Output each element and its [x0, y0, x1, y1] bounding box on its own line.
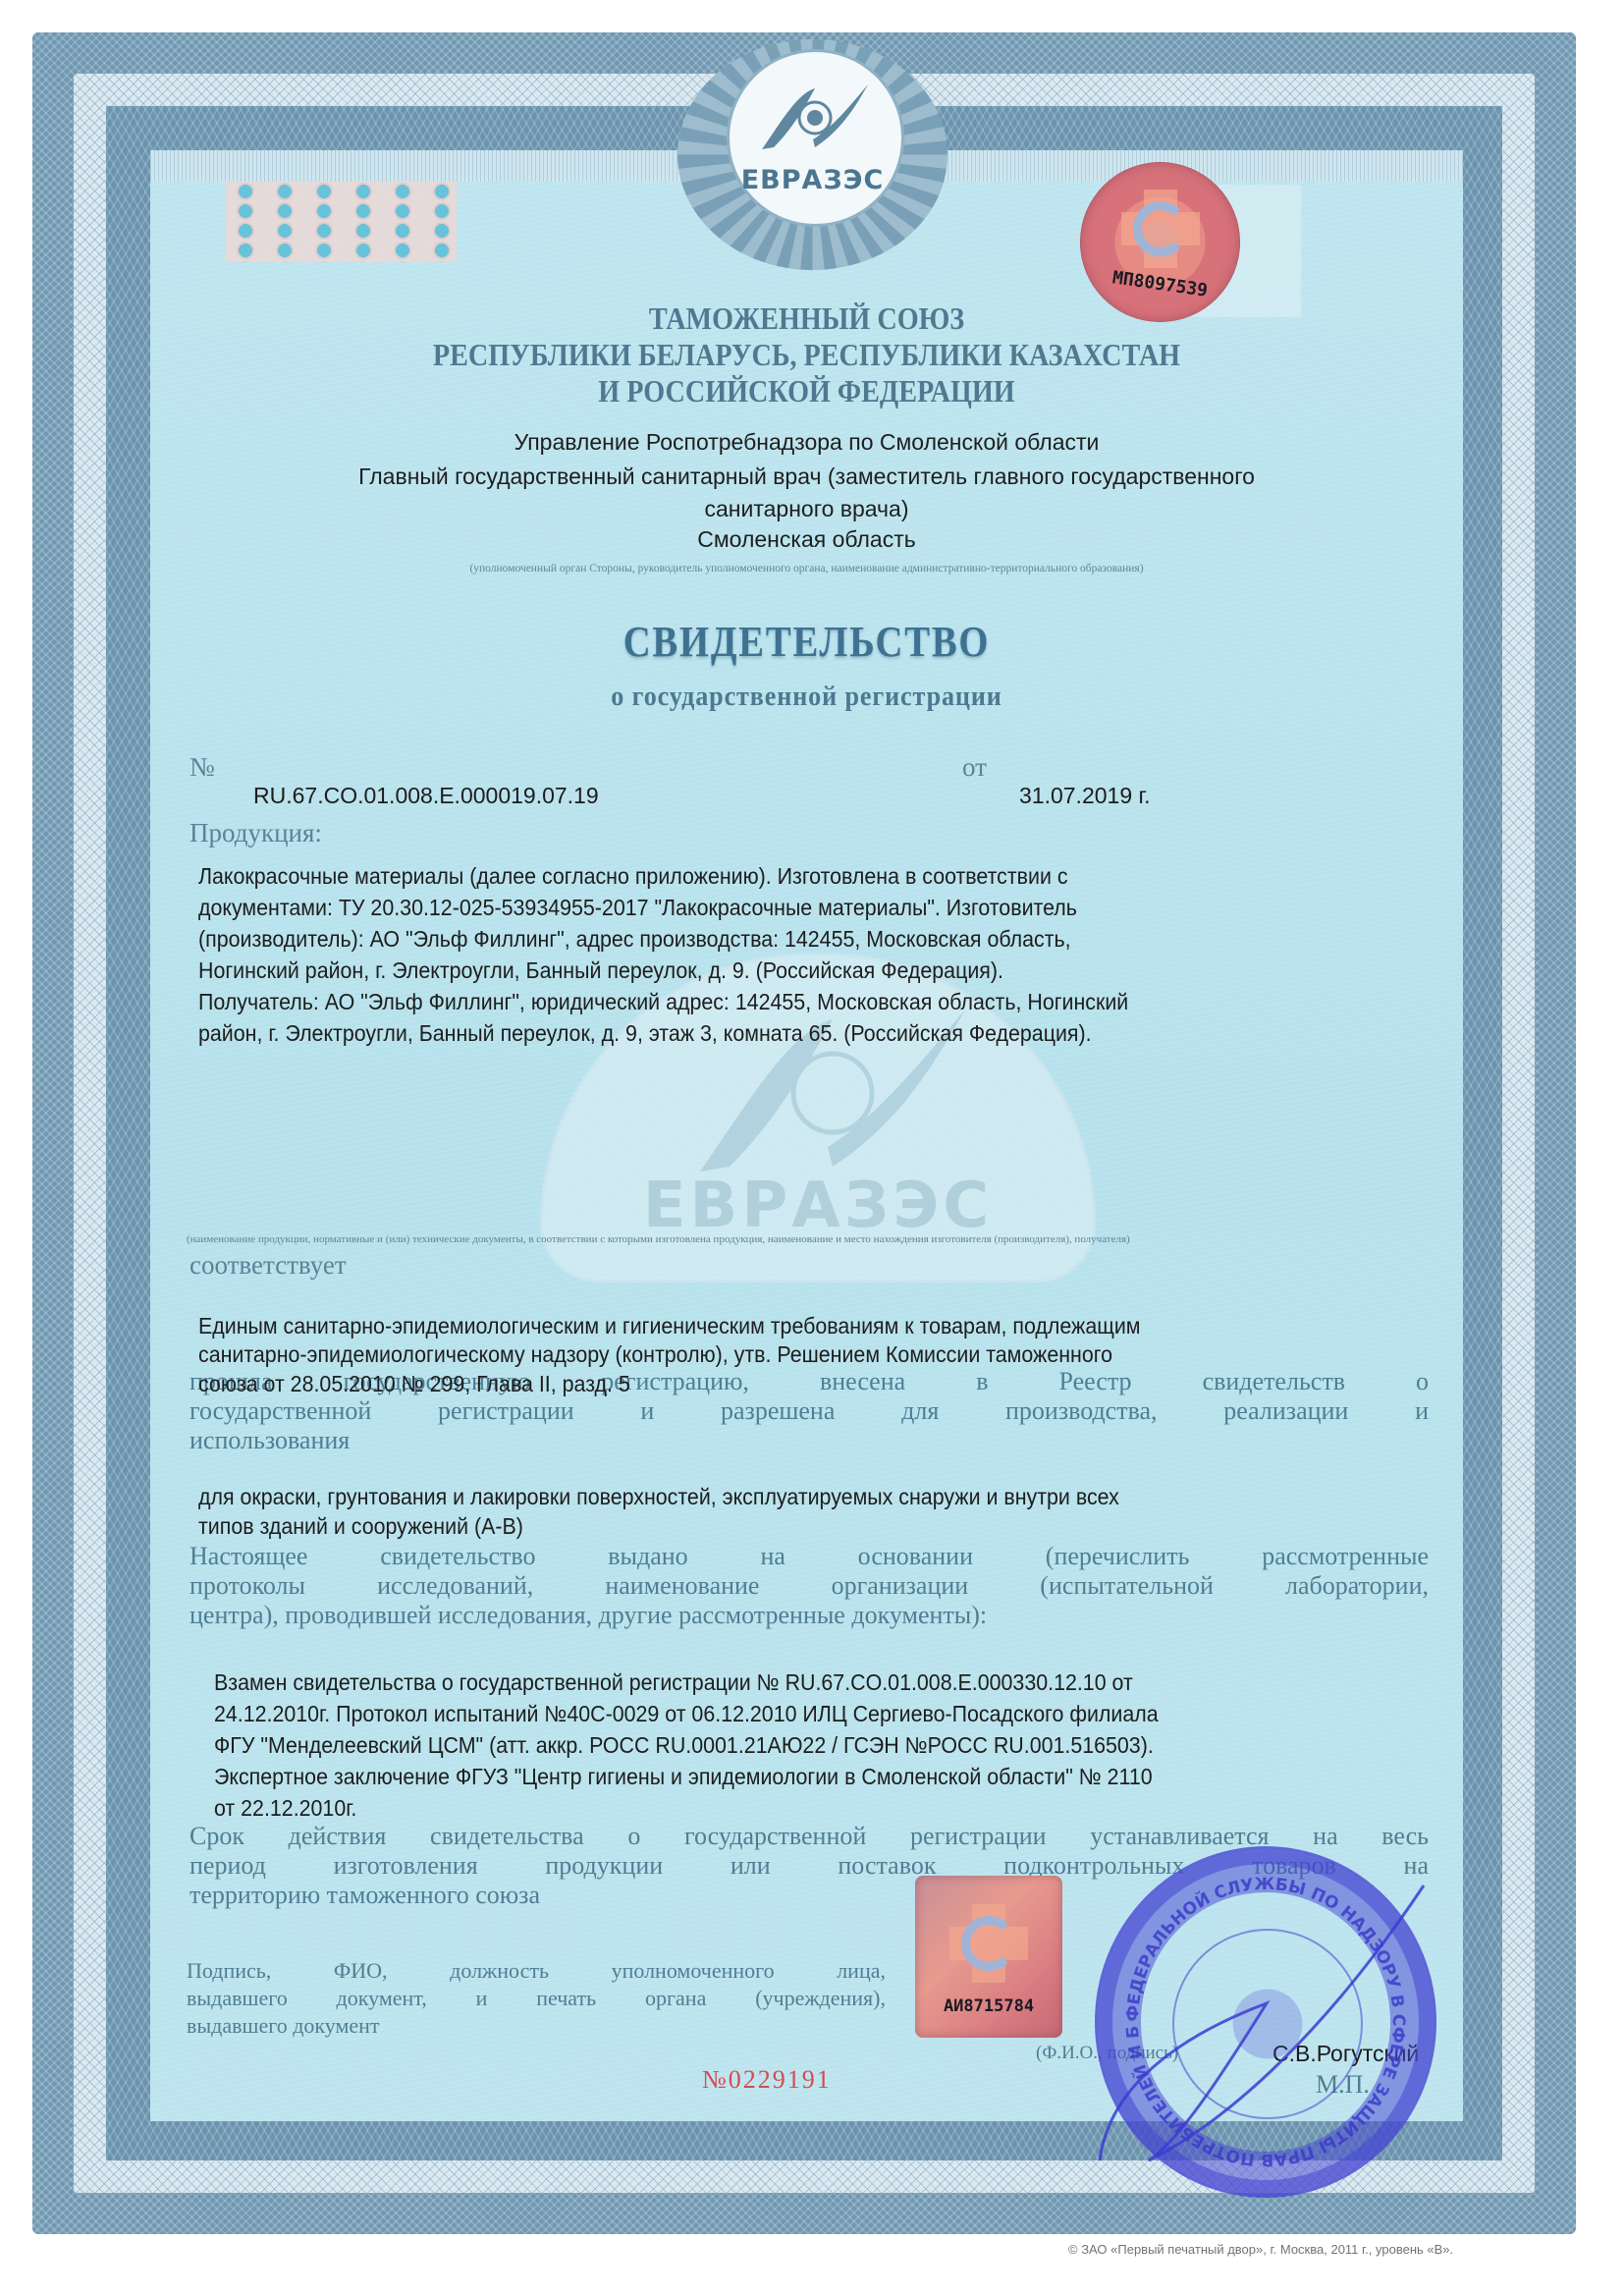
date-label: от [962, 752, 987, 783]
compliance-label: соответствует [189, 1250, 347, 1281]
hologram-c-icon [1133, 201, 1188, 256]
authority-line-1: Управление Роспотребнадзора по Смоленско… [150, 429, 1463, 456]
usage-line-2: типов зданий и сооружений (А-В) [198, 1513, 523, 1540]
union-title-line-2: РЕСПУБЛИКИ БЕЛАРУСЬ, РЕСПУБЛИКИ КАЗАХСТА… [229, 337, 1384, 373]
authority-caption: (уполномоченный орган Стороны, руководит… [150, 563, 1463, 574]
authority-line-3: санитарного врача) [150, 496, 1463, 522]
union-title-line-1: ТАМОЖЕННЫЙ СОЮЗ [229, 301, 1384, 337]
hologram-c-icon [961, 1916, 1016, 1971]
signature-label-line-3: выдавшего документ [187, 2013, 380, 2039]
basis-line-2: 24.12.2010г. Протокол испытаний №40С-002… [214, 1701, 1159, 1727]
registration-line-3: использования [189, 1426, 350, 1455]
basis-line-1: Взамен свидетельства о государственной р… [214, 1669, 1133, 1696]
basis-label-line-1: Настоящее свидетельство выдано на основа… [189, 1542, 1429, 1571]
certificate-subtitle: о государственной регистрации [216, 681, 1397, 713]
authority-line-4: Смоленская область [150, 526, 1463, 553]
basis-line-3: ФГУ "Менделеевский ЦСМ" (атт. аккр. РОСС… [214, 1732, 1154, 1759]
certificate-date: 31.07.2019 г. [1019, 783, 1150, 809]
number-label: № [189, 752, 215, 783]
requirements-line-2: санитарно-эпидемиологическому надзору (к… [198, 1341, 1112, 1368]
basis-line-5: от 22.12.2010г. [214, 1795, 356, 1822]
product-caption: (наименование продукции, нормативные и (… [187, 1233, 1130, 1245]
watermark-text: ЕВРАЗЭС [543, 1170, 1093, 1242]
authority-line-2: Главный государственный санитарный врач … [150, 464, 1463, 490]
requirements-line-3: союза от 28.05.2010 № 299, Глава II, раз… [198, 1371, 630, 1397]
certificate-title: СВИДЕТЕЛЬСТВО [229, 617, 1384, 667]
product-line-6: район, г. Электроугли, Банный переулок, … [198, 1020, 1092, 1047]
hologram-serial: АИ8715784 [915, 1996, 1062, 2016]
union-title-line-3: И РОССИЙСКОЙ ФЕДЕРАЦИИ [229, 373, 1384, 410]
product-line-3: (производитель): АО "Эльф Филлинг", адре… [198, 926, 1071, 953]
validity-line-3: территорию таможенного союза [189, 1881, 540, 1910]
product-line-2: документами: ТУ 20.30.12-025-53934955-20… [198, 895, 1077, 921]
registration-line-2: государственной регистрации и разрешена … [189, 1396, 1429, 1426]
usage-line-1: для окраски, грунтования и лакировки пов… [198, 1484, 1119, 1510]
basis-label-line-2: протоколы исследований, наименование орг… [189, 1571, 1429, 1601]
printer-footer: © ЗАО «Первый печатный двор», г. Москва,… [1068, 2242, 1453, 2257]
eurasec-emblem-icon [754, 79, 872, 157]
basis-label-line-3: центра), проводившей исследования, други… [189, 1601, 987, 1630]
hologram-sticker-bottom: АИ8715784 [915, 1876, 1062, 2038]
product-line-4: Ногинский район, г. Электроугли, Банный … [198, 957, 1003, 984]
certificate-number: RU.67.CO.01.008.E.000019.07.19 [253, 783, 599, 809]
logo-text: ЕВРАЗЭС [677, 165, 947, 195]
basis-line-4: Экспертное заключение ФГУЗ "Центр гигиен… [214, 1764, 1153, 1790]
form-serial-number: №0229191 [702, 2065, 832, 2095]
signature-label-line-2: выдавшего документ, и печать органа (учр… [187, 1986, 886, 2011]
product-label: Продукция: [189, 818, 322, 848]
handwritten-signature [1070, 1866, 1443, 2190]
requirements-line-1: Единым санитарно-эпидемиологическим и ги… [198, 1313, 1141, 1339]
hologram-sticker-top: МП8097539 [1080, 162, 1240, 322]
product-line-1: Лакокрасочные материалы (далее согласно … [198, 863, 1068, 890]
signature-label-line-1: Подпись, ФИО, должность уполномоченного … [187, 1958, 886, 1984]
product-line-5: Получатель: АО "Эльф Филлинг", юридическ… [198, 989, 1128, 1015]
security-pattern-patch [226, 182, 457, 262]
eurasec-logo-seal: ЕВРАЗЭС [677, 39, 947, 270]
hologram-serial: МП8097539 [1079, 263, 1240, 305]
